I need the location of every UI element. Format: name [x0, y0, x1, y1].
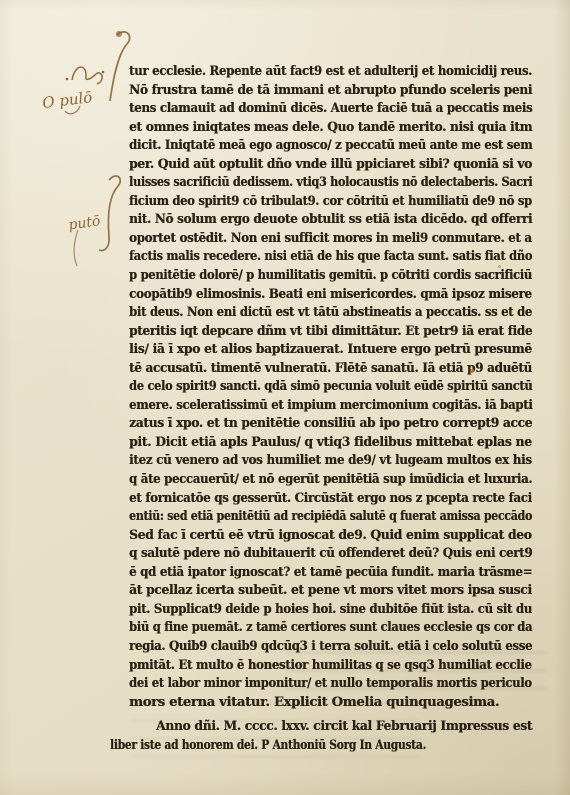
manuscript-page: { "page": { "description": "Incunabulum … — [0, 0, 570, 795]
text-line: pmitāt. Et multo ē honestior humilitas q… — [129, 657, 488, 676]
text-line: āt pcellaz icerta subeūt. et pene vt mor… — [129, 582, 505, 601]
text-line: biū q fine puemāt. z tamē certiores sunt… — [129, 619, 481, 638]
tail-stroke — [74, 230, 78, 266]
text-line: Nō frustra tamē de tā immani et abrupto … — [129, 82, 501, 101]
text-line: lis/ iā ī xpo et alios baptizauerat. Int… — [129, 341, 506, 360]
text-line: zatus ī xpo. et tn penitētie consiliū ab… — [129, 415, 503, 434]
colophon-line-2: liber iste ad honorem dei. P Anthoniū So… — [110, 736, 426, 755]
text-line: ficium deo spirit9 cō tribulat9. cor cōt… — [129, 193, 482, 212]
text-line: ē qd etiā ipator ignoscat? et tamē pecūi… — [129, 564, 491, 583]
text-line: regia. Quib9 clauib9 qdcūq3 i terra solu… — [129, 638, 488, 657]
ink-flourish-middle: putō — [64, 168, 136, 280]
text-line: per. Quid aūt optulit dño vnde illū ppic… — [129, 156, 504, 175]
margin-note-top-text: O pulō — [41, 88, 93, 112]
margin-note-middle: putō — [64, 168, 136, 280]
colophon-line-1: Anno dñi. M. cccc. lxxv. circit kal Febr… — [156, 717, 532, 736]
flourish-stroke — [99, 176, 120, 250]
text-line: dicit. Iniqtatē meā ego agnosco/ z pecca… — [129, 137, 488, 156]
text-line: et fornicatōe qs gesserūt. Circūstāt erg… — [129, 490, 492, 509]
text-line: entiū: sed etiā penitētiū ad recipiēdā s… — [129, 508, 465, 527]
text-line: dei et labor minor imponitur/ et nullo t… — [129, 675, 483, 694]
text-line: de celo spirit9 sancti. qdā simō pecunia… — [129, 378, 478, 397]
text-line: factis malis recedere. nisi etiā de his … — [129, 248, 479, 267]
text-line: tur ecclesie. Repente aūt fact9 est et a… — [129, 63, 488, 82]
text-line: pit. Supplicat9 deide p hoies hoi. sine … — [129, 601, 488, 620]
text-line: pteritis iqt depcare dñm vt tibi dimittā… — [129, 323, 498, 342]
flourish-stroke — [110, 32, 130, 101]
text-line: pit. Dicit etiā apls Paulus/ q vtiq3 fid… — [129, 434, 508, 453]
text-line: coopātib9 elimosinis. Beati eni miserico… — [129, 286, 493, 305]
text-line: emere. sceleratissimū et impium mercimon… — [129, 397, 488, 416]
ink-dot — [102, 71, 105, 74]
margin-note-middle-text: putō — [67, 213, 101, 233]
text-line: mors eterna vitatur. Explicit Omelia qui… — [129, 694, 532, 713]
text-line: Sed fac ī certū eē vtrū ignoscat de9. Qu… — [129, 527, 506, 546]
text-line: tens clamauit ad dominū dicēs. Auerte fa… — [129, 100, 490, 119]
text-line: q āte peccauerūt/ et nō egerūt penitētiā… — [129, 471, 488, 490]
text-line: et omnes iniqtates meas dele. Quo tandē … — [129, 119, 501, 138]
squiggle-mark — [72, 67, 102, 84]
text-line: tē accusatū. timentē vulneratū. Flētē sa… — [129, 360, 496, 379]
text-block: tur ecclesie. Repente aūt fact9 est et a… — [129, 63, 532, 712]
text-line: luisses sacrificiū dedissem. vtiq3 holoc… — [129, 174, 472, 193]
text-line: bit deus. Non eni dictū est vt tātū abst… — [129, 304, 486, 323]
text-line: nit. Nō solum ergo deuote obtulit ss eti… — [129, 211, 497, 230]
ink-dot — [66, 78, 69, 81]
text-line: q salutē pdere nō dubitauerit cū offende… — [129, 545, 492, 564]
text-line: oportet ostēdit. Non eni sufficit mores … — [129, 230, 491, 249]
text-line: itez cū venero ad vos humiliet me de9/ v… — [129, 452, 495, 471]
text-line: p penitētie dolorē/ p humilitatis gemitū… — [129, 267, 481, 286]
